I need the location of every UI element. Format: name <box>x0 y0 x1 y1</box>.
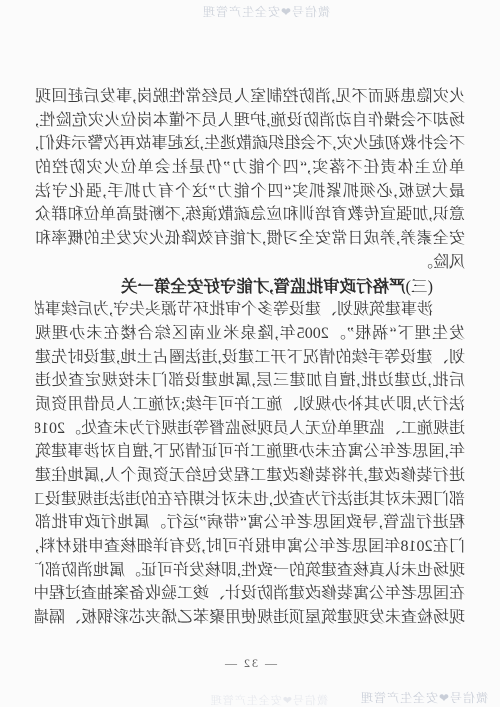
body-text-line: 风险。 <box>35 251 465 275</box>
body-text-line: 法行为,即为其补办规划、施工许可手续;对施工人员借用资质 <box>35 393 465 417</box>
watermark-bottom-center: 微信号❤安全生产管理 <box>210 692 328 707</box>
body-text-line: 最大短板,必须抓紧抓实“四个能力”这个有力抓手,强化守法 <box>35 180 465 204</box>
section-number: (三) <box>406 277 434 296</box>
body-text-line: 场却不会操作自动消防设施,护理人员不懂本岗位火灾危险性, <box>35 109 465 133</box>
body-text-line: 涉事建筑规划、建设等多个审批环节源头失守,为后续事故 <box>35 298 465 322</box>
body-text-line: 划、建设等手续的情况下开工建设,违法圈占土地,建设时先建 <box>35 346 465 370</box>
body-text-line: 现场检查未发现建筑屋顶违规使用聚苯乙烯夹芯彩钢板、隔墙铺 <box>35 606 465 630</box>
document-body: 火灾隐患视而不见,消防控制室人员经常性脱岗,事发后赶回现场却不会操作自动消防设施… <box>35 85 465 630</box>
body-text-line: 在国思老年公寓装修改建消防设计、竣工验收备案抽查过程中, <box>35 582 465 606</box>
body-text-line: 单位主体责任不落实,“四个能力”仍是社会单位火灾防控的 <box>35 156 465 180</box>
body-text-line: 违规施工、监理单位无人员现场监督等违规行为未查处。2018 <box>35 417 465 441</box>
body-text-line: 后批,边建边批,擅自加建三层,属地建设部门未按规定查处违 <box>35 369 465 393</box>
section-heading: (三)严格行政审批监管,才能守好安全第一关 <box>35 275 465 299</box>
body-text-line: 发生埋下“祸根”。2005年,隆泉米业南区综合楼在未办理规 <box>35 322 465 346</box>
body-text-line: 进行装修改建,并将装修改建工程发包给无资质个人,属地住建 <box>35 464 465 488</box>
mirrored-page-content: 微信号❤安全生产管理 火灾隐患视而不见,消防控制室人员经常性脱岗,事发后赶回现场… <box>0 0 500 707</box>
body-text-line: 现场也未认真核查建筑的一致性,即核发许可证。属地消防部门 <box>35 559 465 583</box>
watermark-bottom-left: 微信号❤安全生产管理 <box>360 689 488 706</box>
page-number: — 32 — <box>0 656 500 671</box>
body-text-line: 安全素养,养成日常安全习惯,才能有效降低火灾发生的概率和 <box>35 227 465 251</box>
body-text-line: 不会扑救初起火灾,不会组织疏散逃生,这起事故再次警示我们, <box>35 132 465 156</box>
body-text-line: 门在2018年国思老年公寓申报许可时,没有详细核查申报材料, <box>35 535 465 559</box>
section-title: 严格行政审批监管,才能守好安全第一关 <box>121 277 406 296</box>
watermark-top: 微信号❤安全生产管理 <box>202 3 330 20</box>
scanned-document-page: 微信号❤安全生产管理 火灾隐患视而不见,消防控制室人员经常性脱岗,事发后赶回现场… <box>0 0 500 707</box>
body-text-line: 部门既未对其违法行为查处,也未对长期存在的违法违规建设工 <box>35 488 465 512</box>
body-text-line: 程进行监管,导致国思老年公寓“带病”运行。属地行政审批部 <box>35 511 465 535</box>
body-text-line: 年,国思老年公寓在未办理施工许可证情况下,擅自对涉事建筑 <box>35 440 465 464</box>
body-text-line: 火灾隐患视而不见,消防控制室人员经常性脱岗,事发后赶回现 <box>35 85 465 109</box>
body-text-line: 意识,加强宣传教育培训和应急疏散演练,不断提高单位和群众 <box>35 203 465 227</box>
